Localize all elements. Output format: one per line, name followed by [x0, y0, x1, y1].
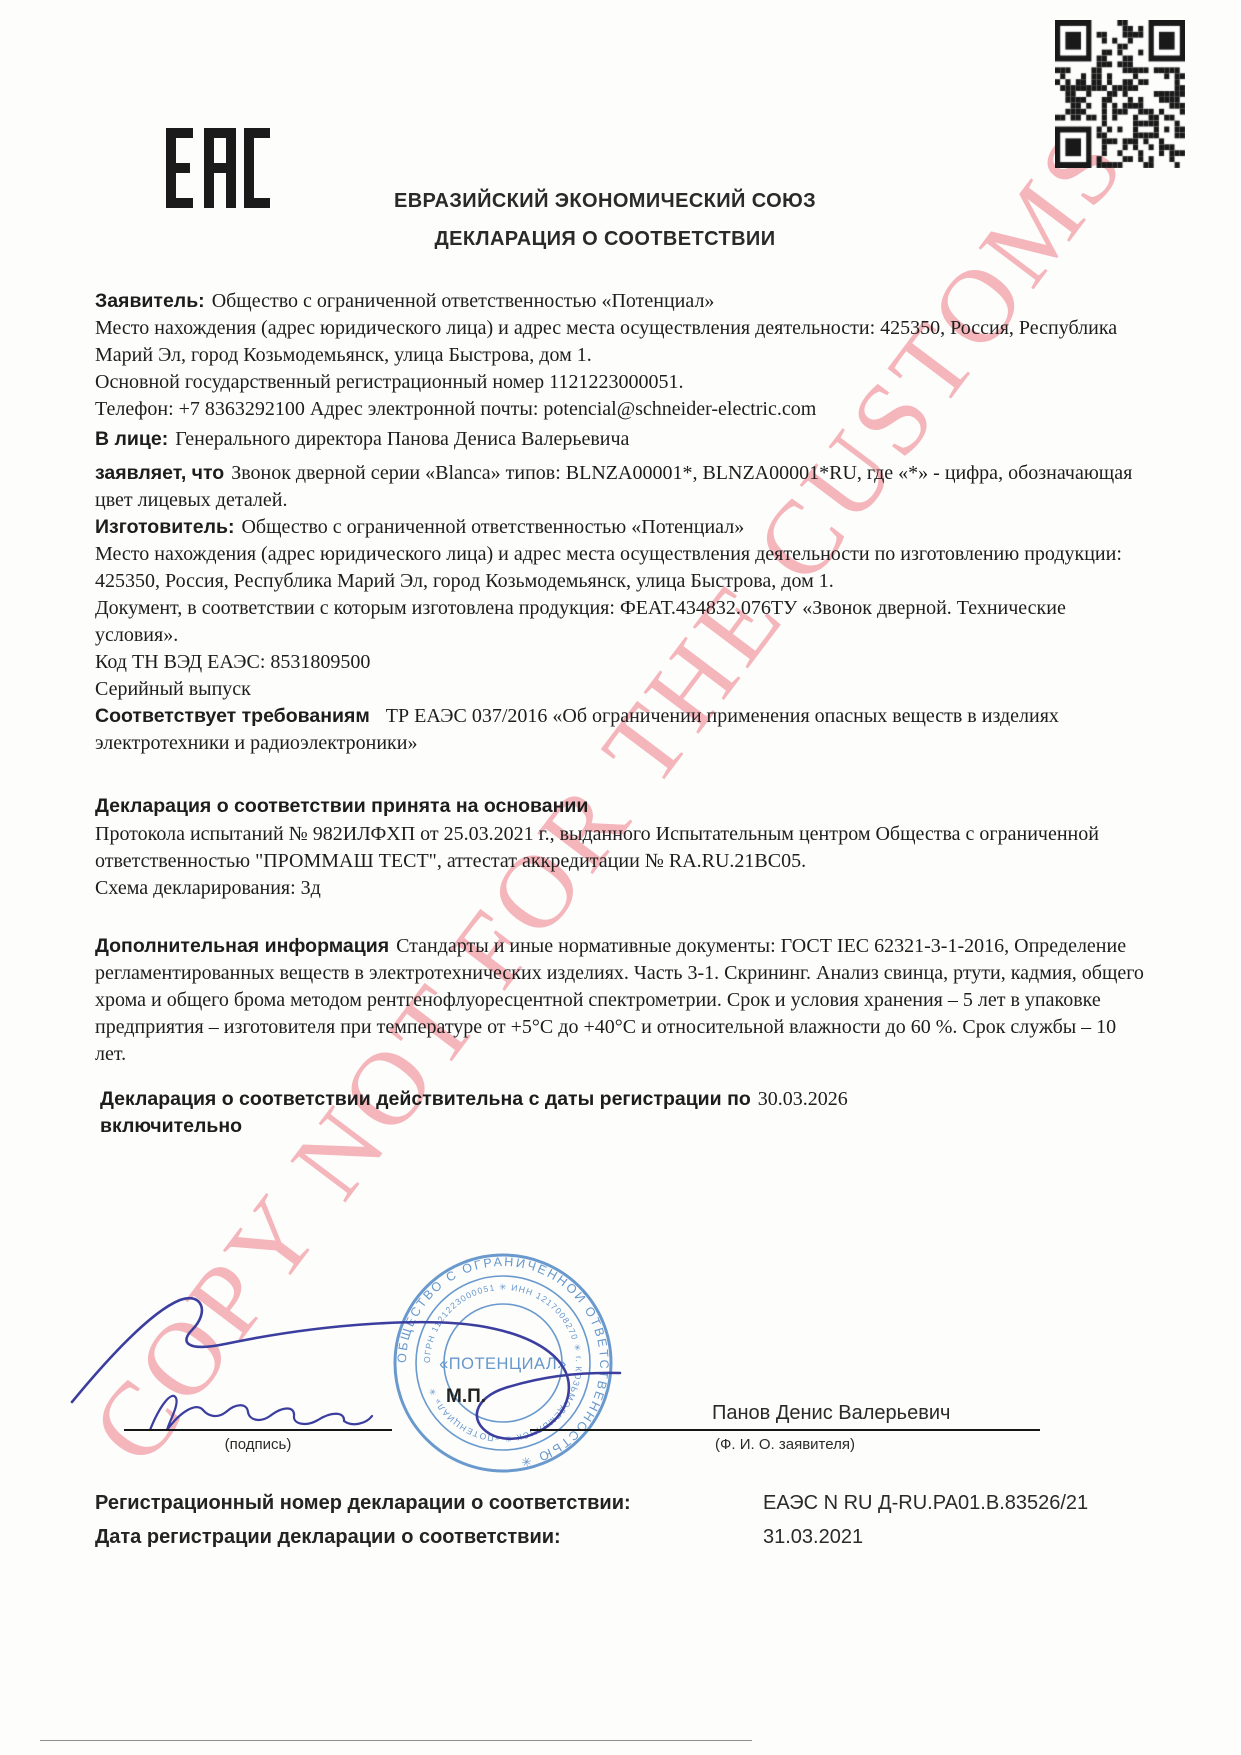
signature-line-right — [530, 1429, 1040, 1431]
document-content: ЕВРАЗИЙСКИЙ ЭКОНОМИЧЕСКИЙ СОЮЗ ДЕКЛАРАЦИ… — [0, 0, 1241, 1755]
validity-line: Декларация о соответствии действительна … — [100, 1086, 1152, 1113]
in-person-label: В лице: — [95, 428, 168, 450]
declaration-title: ДЕКЛАРАЦИЯ О СООТВЕТСТВИИ — [0, 228, 1210, 251]
mp-seal-label: М.П. — [446, 1386, 486, 1408]
registration-date-value: 31.03.2021 — [763, 1526, 863, 1549]
manufacturer-address: Место нахождения (адрес юридического лиц… — [95, 541, 1147, 595]
additional-info-label: Дополнительная информация — [95, 935, 389, 957]
in-person-text: Генерального директора Панова Дениса Вал… — [175, 428, 629, 450]
declares-paragraph: заявляет, чтоЗвонок дверной серии «Blanc… — [95, 460, 1147, 514]
applicant-paragraph: Заявитель:Общество с ограниченной ответс… — [95, 288, 1147, 423]
stamp-center-text: «ПОТЕНЦИАЛ» — [439, 1355, 567, 1373]
manufacturer-paragraph: Изготовитель:Общество с ограниченной отв… — [95, 514, 1147, 703]
manufacturer-document: Документ, в соответствии с которым изгот… — [95, 595, 1147, 649]
tn-ved-code: Код ТН ВЭД ЕАЭС: 8531809500 — [95, 649, 1147, 676]
validity-date: 30.03.2026 — [758, 1088, 848, 1110]
applicant-label: Заявитель: — [95, 290, 205, 312]
in-person-paragraph: В лице:Генерального директора Панова Ден… — [95, 426, 1147, 453]
signer-name-caption: (Ф. И. О. заявителя) — [530, 1436, 1040, 1453]
manufacturer-name-line: Изготовитель:Общество с ограниченной отв… — [95, 514, 1147, 541]
applicant-address: Место нахождения (адрес юридического лиц… — [95, 315, 1147, 369]
declaration-document-page: COPY NOT FOR THE CUSTOMS ЕВРАЗИЙСКИЙ ЭКО… — [0, 0, 1241, 1755]
qr-code — [1055, 20, 1185, 168]
scan-artifact-line — [40, 1740, 752, 1741]
registration-number-value: ЕАЭС N RU Д-RU.РА01.В.83526/21 — [763, 1492, 1088, 1515]
basis-heading: Декларация о соответствии принята на осн… — [95, 793, 1147, 820]
manufacturer-label: Изготовитель: — [95, 516, 234, 538]
compliance-paragraph: Соответствует требованиямТР ЕАЭС 037/201… — [95, 703, 1147, 757]
declares-label: заявляет, что — [95, 462, 224, 484]
declares-text: Звонок дверной серии «Blanca» типов: BLN… — [95, 462, 1132, 511]
applicant-phone-email: Телефон: +7 8363292100 Адрес электронной… — [95, 396, 1147, 423]
release-type: Серийный выпуск — [95, 676, 1147, 703]
signature-caption: (подпись) — [124, 1436, 392, 1453]
validity-suffix: включительно — [100, 1113, 1152, 1140]
compliance-label: Соответствует требованиям — [95, 705, 370, 727]
validity-label: Декларация о соответствии действительна … — [100, 1088, 751, 1110]
registration-date-label: Дата регистрации декларации о соответств… — [95, 1526, 561, 1549]
additional-info-paragraph: Дополнительная информацияСтандарты и ины… — [95, 933, 1147, 1068]
applicant-name-line: Заявитель:Общество с ограниченной ответс… — [95, 288, 1147, 315]
signature-line-left — [124, 1429, 392, 1431]
basis-protocol: Протокола испытаний № 982ИЛФХП от 25.03.… — [95, 821, 1147, 875]
applicant-name: Общество с ограниченной ответственностью… — [212, 290, 715, 312]
registration-number-label: Регистрационный номер декларации о соотв… — [95, 1492, 631, 1515]
signer-name: Панов Денис Валерьевич — [712, 1402, 1012, 1425]
manufacturer-name: Общество с ограниченной ответственностью… — [241, 516, 744, 538]
declaration-scheme: Схема декларирования: 3д — [95, 875, 1147, 902]
union-title: ЕВРАЗИЙСКИЙ ЭКОНОМИЧЕСКИЙ СОЮЗ — [0, 190, 1210, 213]
applicant-ogrn: Основной государственный регистрационный… — [95, 369, 1147, 396]
